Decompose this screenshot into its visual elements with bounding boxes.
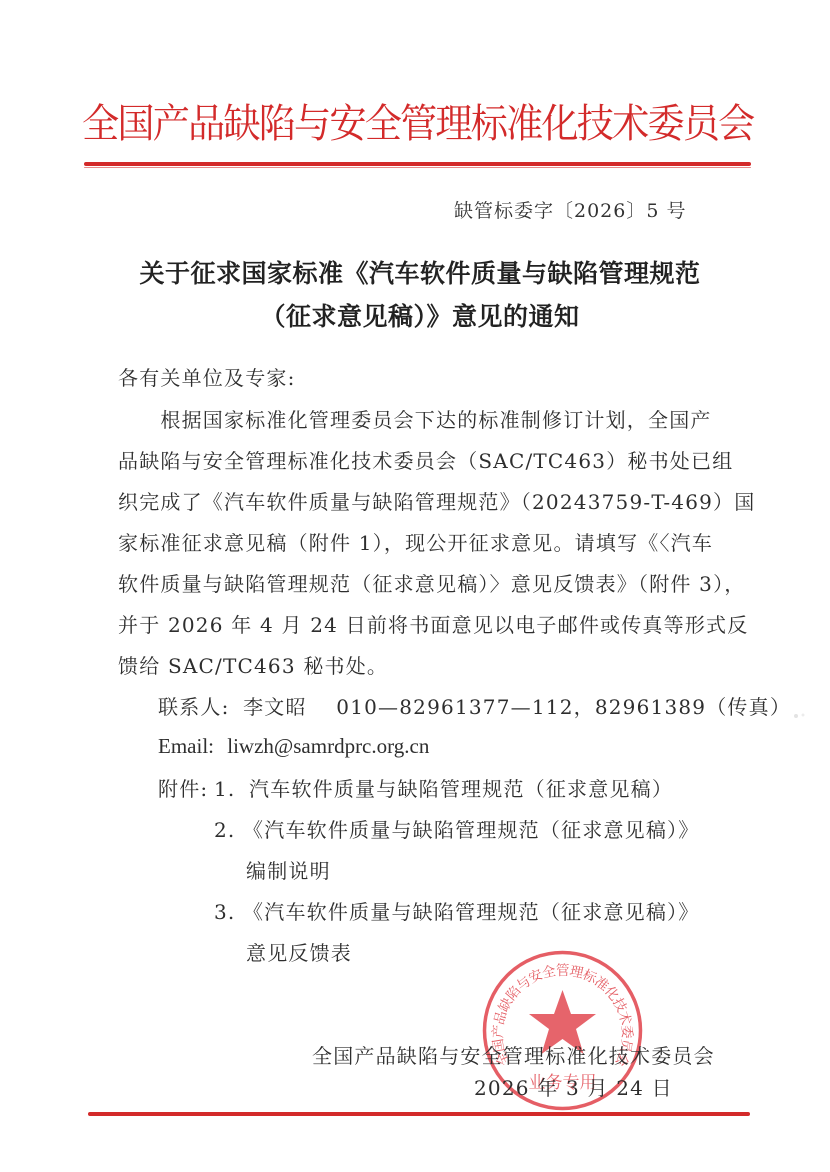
letterhead-org-name: 全国产品缺陷与安全管理标准化技术委员会 — [82, 98, 705, 150]
attachment-number: 1. — [214, 777, 235, 801]
attachment-item-3: 3. 《汽车软件质量与缺陷管理规范（征求意见稿）》 — [214, 900, 699, 924]
contact-label: 联系人: — [158, 695, 230, 719]
attachment-title: 《汽车软件质量与缺陷管理规范（征求意见稿）》 — [243, 900, 699, 924]
attachment-item-3-continued: 意见反馈表 — [246, 941, 352, 965]
contact-phone: 010—82961377—112，82961389（传真） — [336, 695, 791, 719]
attachment-item-2-continued: 编制说明 — [246, 859, 331, 883]
email-address[interactable]: liwzh@samrdprc.org.cn — [227, 734, 429, 758]
attachment-number: 2. — [214, 818, 235, 842]
attachment-title: 《汽车软件质量与缺陷管理规范（征求意见稿）》 — [243, 818, 699, 842]
attachments-label: 附件: — [158, 777, 208, 801]
body-line: 家标准征求意见稿（附件 1），现公开征求意见。请填写《〈汽车 — [118, 531, 713, 555]
attachment-item-1: 1. 汽车软件质量与缺陷管理规范（征求意见稿） — [214, 777, 673, 801]
scan-artifact-speck — [790, 708, 810, 728]
body-line: 品缺陷与安全管理标准化技术委员会（SAC/TC463）秘书处已组 — [118, 449, 733, 473]
signature-date: 2026 年 3 月 24 日 — [474, 1076, 673, 1100]
body-line: 根据国家标准化管理委员会下达的标准制修订计划，全国产 — [118, 408, 712, 432]
body-line: 馈给 SAC/TC463 秘书处。 — [118, 654, 388, 678]
document-title-line-1: 关于征求国家标准《汽车软件质量与缺陷管理规范 — [100, 254, 740, 290]
letterhead-divider — [84, 162, 751, 166]
attachment-number: 3. — [214, 900, 235, 924]
attachment-item-2: 2. 《汽车软件质量与缺陷管理规范（征求意见稿）》 — [214, 818, 699, 842]
letterhead-divider-thin — [84, 167, 751, 168]
salutation: 各有关单位及专家: — [118, 366, 296, 390]
contact-line: 联系人: 李文昭 010—82961377—112，82961389（传真） — [158, 695, 791, 719]
footer-divider — [88, 1112, 750, 1116]
email-line: Email: liwzh@samrdprc.org.cn — [158, 734, 429, 758]
attachment-title: 汽车软件质量与缺陷管理规范（征求意见稿） — [249, 777, 673, 801]
body-line: 织完成了《汽车软件质量与缺陷管理规范》（20243759-T-469）国 — [118, 490, 755, 514]
document-title-line-2: （征求意见稿）》意见的通知 — [100, 297, 740, 333]
body-line: 软件质量与缺陷管理规范（征求意见稿）〉意见反馈表》（附件 3）， — [118, 572, 745, 596]
email-label: Email: — [158, 734, 214, 758]
document-number: 缺管标委字〔2026〕5 号 — [454, 196, 686, 223]
contact-name: 李文昭 — [243, 695, 307, 719]
body-line: 并于 2026 年 4 月 24 日前将书面意见以电子邮件或传真等形式反 — [118, 613, 748, 637]
signature-org: 全国产品缺陷与安全管理标准化技术委员会 — [312, 1044, 715, 1068]
